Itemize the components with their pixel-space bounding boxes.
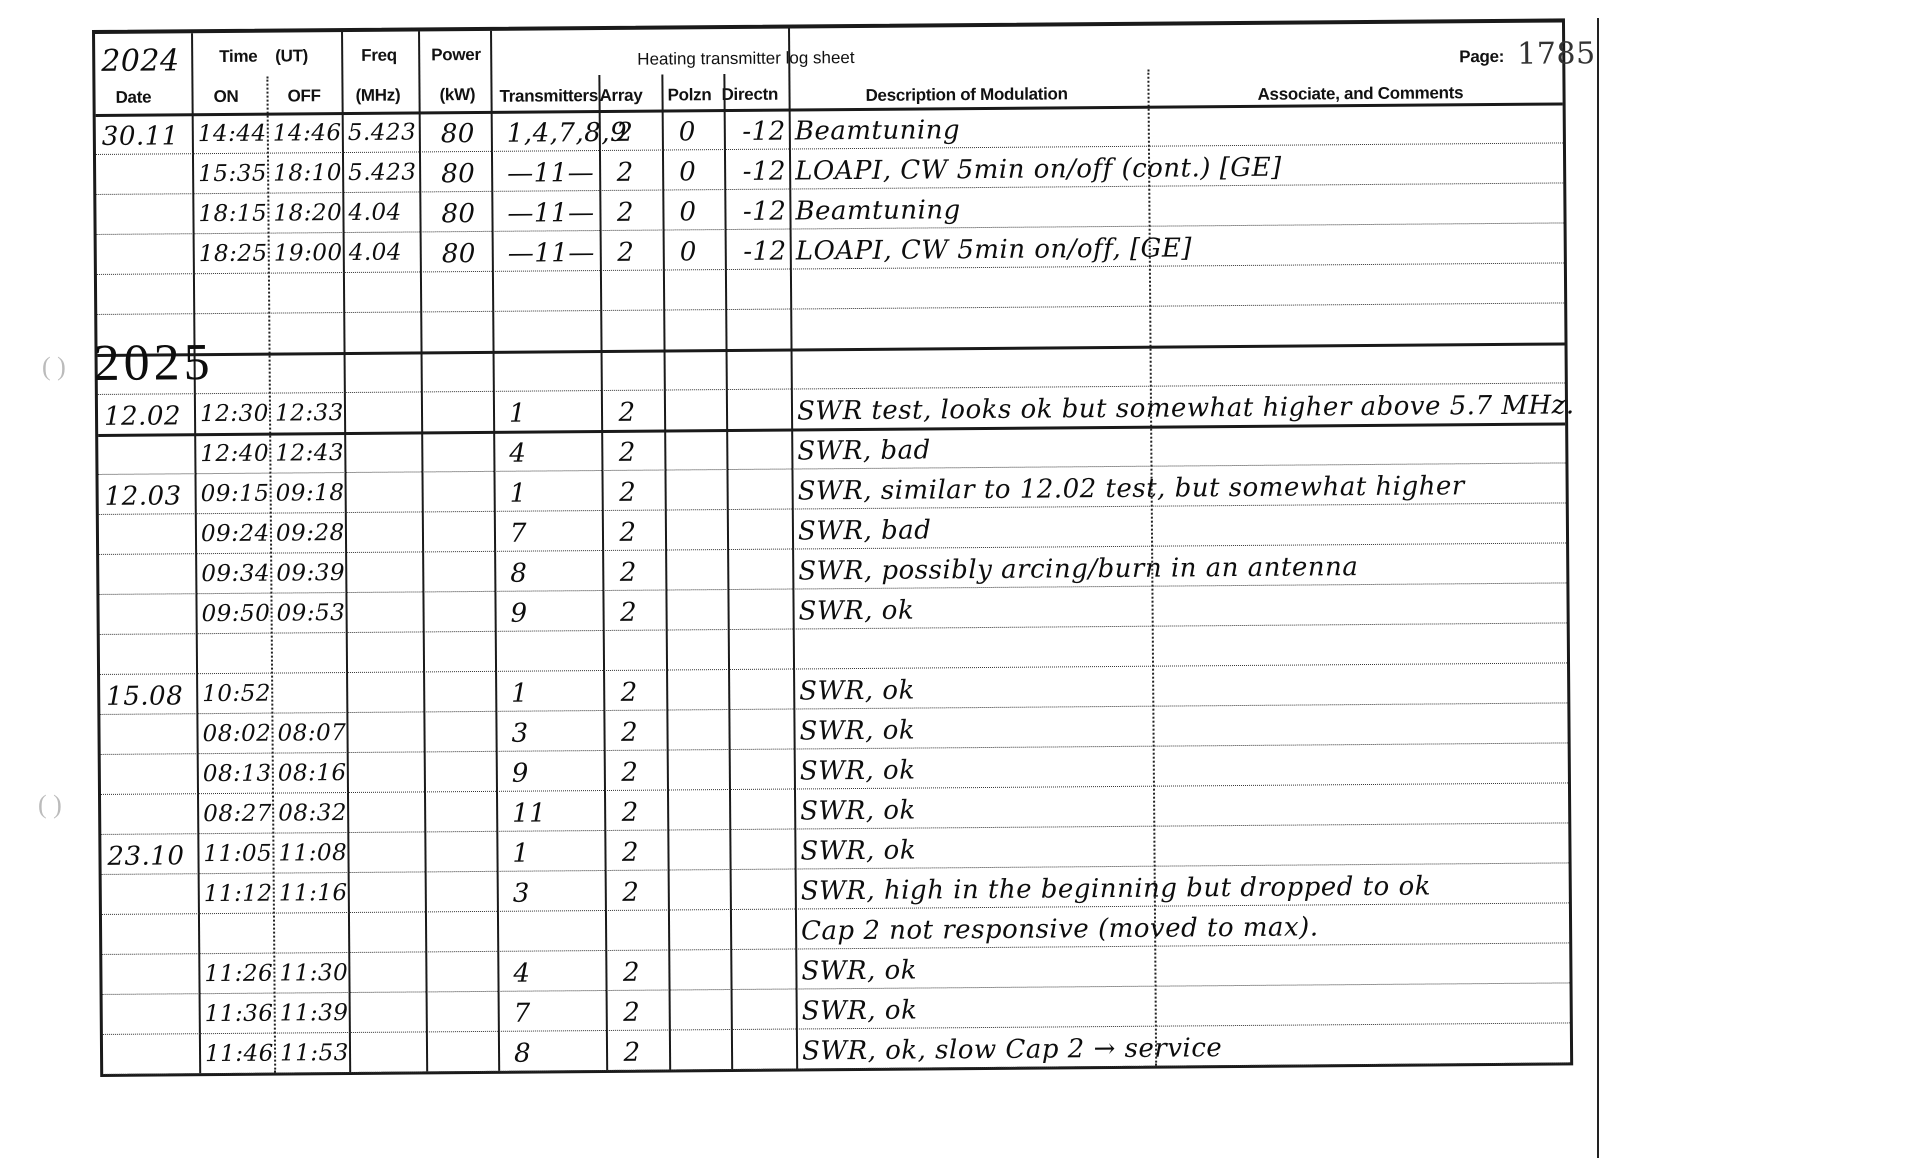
column-divider xyxy=(598,75,608,1070)
cell-array: 2 xyxy=(619,518,636,548)
log-table: 2024 Date Time (UT) ON OFF Freq (MHz) Po… xyxy=(92,18,1573,1077)
page-label: Page: xyxy=(1459,47,1504,67)
cell-power: 80 xyxy=(441,159,475,189)
cell-off: 08:32 xyxy=(278,800,347,827)
cell-description: SWR, ok xyxy=(801,956,917,987)
cell-off: 12:33 xyxy=(275,400,344,427)
table-body: 30.1114:4414:465.423801,4,7,8,920-12Beam… xyxy=(95,22,1562,34)
cell-on: 11:36 xyxy=(205,1001,274,1028)
cell-transmitters: 1 xyxy=(512,839,529,869)
cell-off: 18:10 xyxy=(273,160,342,187)
cell-on: 09:50 xyxy=(201,601,270,628)
table-row: 30.1114:4414:465.423801,4,7,8,920-12Beam… xyxy=(95,22,1562,34)
col-directn: Directn xyxy=(721,85,778,105)
cell-transmitters: 1 xyxy=(509,399,526,429)
cell-directn: -12 xyxy=(743,237,787,267)
col-transmitters: Transmitters xyxy=(499,86,598,107)
cell-off: 11:53 xyxy=(280,1040,349,1067)
cell-description: SWR, bad xyxy=(797,435,931,466)
cell-array: 2 xyxy=(621,758,638,788)
cell-on: 10:52 xyxy=(202,681,271,708)
cell-transmitters: 9 xyxy=(512,759,529,789)
table-row: 08:2708:32112SWR, ok xyxy=(95,22,1562,34)
cell-array: 2 xyxy=(619,478,636,508)
table-grid xyxy=(95,22,1562,34)
cell-on: 14:44 xyxy=(198,121,267,148)
cell-on: 08:27 xyxy=(203,801,272,828)
cell-polzn: 0 xyxy=(679,197,696,227)
table-row: 12.0212:3012:3312SWR test, looks ok but … xyxy=(95,22,1562,34)
cell-off: 11:39 xyxy=(280,1000,349,1027)
cell-date: 30.11 xyxy=(102,121,179,152)
cell-transmitters: 7 xyxy=(514,999,531,1029)
cell-array: 2 xyxy=(621,678,638,708)
cell-description: SWR, ok xyxy=(798,596,914,627)
cell-freq: 4.04 xyxy=(349,240,402,266)
table-row: 11:1211:1632SWR, high in the beginning b… xyxy=(95,22,1562,34)
cell-off: 09:53 xyxy=(276,600,345,627)
col-power: Power xyxy=(431,45,481,65)
cell-transmitters: —11— xyxy=(507,198,594,229)
cell-off: 08:07 xyxy=(277,720,346,747)
cell-description: Cap 2 not responsive (moved to max). xyxy=(801,912,1319,946)
cell-off: 11:30 xyxy=(279,960,348,987)
cell-off: 11:16 xyxy=(279,880,348,907)
cell-array: 2 xyxy=(622,838,639,868)
cell-off: 09:28 xyxy=(276,520,345,547)
cell-on: 18:15 xyxy=(198,201,267,228)
cell-on: 08:02 xyxy=(202,721,271,748)
table-header: 2024 Date Time (UT) ON OFF Freq (MHz) Po… xyxy=(95,22,1562,34)
cell-date: 23.10 xyxy=(107,841,184,872)
table-row: 23.1011:0511:0812SWR, ok xyxy=(95,22,1562,34)
table-row: 12.0309:1509:1812SWR, similar to 12.02 t… xyxy=(95,22,1562,34)
col-time-off: OFF xyxy=(287,86,320,106)
cell-date: 12.02 xyxy=(104,401,181,432)
cell-array: 2 xyxy=(616,118,633,148)
cell-array: 2 xyxy=(622,798,639,828)
cell-array: 2 xyxy=(617,198,634,228)
table-row: 18:1518:204.0480—11—20-12Beamtuning xyxy=(95,22,1562,34)
cell-description: SWR, possibly arcing/burn in an antenna xyxy=(798,552,1358,586)
cell-on: 08:13 xyxy=(203,761,272,788)
cell-array: 2 xyxy=(623,1038,640,1068)
table-row xyxy=(95,22,1562,34)
table-row: Cap 2 not responsive (moved to max). xyxy=(95,22,1562,34)
table-row: 12:4012:4342SWR, bad xyxy=(95,22,1562,34)
cell-off: 09:39 xyxy=(276,560,345,587)
cell-description: SWR, ok xyxy=(802,996,918,1027)
cell-on: 09:34 xyxy=(201,561,270,588)
cell-description: SWR, high in the beginning but dropped t… xyxy=(801,872,1431,907)
table-row xyxy=(95,22,1562,34)
col-power-unit: (kW) xyxy=(439,85,475,105)
cell-directn: -12 xyxy=(743,197,787,227)
cell-transmitters: 4 xyxy=(513,959,530,989)
cell-transmitters: 9 xyxy=(510,599,527,629)
cell-array: 2 xyxy=(620,598,637,628)
table-row: 09:5009:5392SWR, ok xyxy=(95,22,1562,34)
cell-freq: 5.423 xyxy=(348,119,417,146)
cell-on: 09:15 xyxy=(201,481,270,508)
col-time: Time xyxy=(219,47,257,67)
table-row: 18:2519:004.0480—11—20-12LOAPI, CW 5min … xyxy=(95,22,1562,34)
cell-polzn: 0 xyxy=(680,237,697,267)
cell-off: 11:08 xyxy=(278,840,347,867)
year-header: 2024 xyxy=(101,43,180,79)
cell-freq: 5.423 xyxy=(348,159,417,186)
row-rule xyxy=(100,662,1567,675)
cell-description: LOAPI, CW 5min on/off, [GE] xyxy=(796,233,1192,266)
cell-description: SWR, ok xyxy=(799,676,915,707)
col-time-unit: (UT) xyxy=(275,46,308,66)
year-separator: 2025 xyxy=(93,333,213,393)
table-row: 11:2611:3042SWR, ok xyxy=(95,22,1562,34)
table-row: 11:3611:3972SWR, ok xyxy=(95,22,1562,34)
section-rule xyxy=(98,342,1565,357)
cell-freq: 4.04 xyxy=(348,200,401,226)
cell-off: 18:20 xyxy=(273,200,342,227)
cell-description: SWR, bad xyxy=(798,515,932,546)
cell-transmitters: 8 xyxy=(514,1039,531,1069)
sheet-title: Heating transmitter log sheet xyxy=(637,48,854,70)
column-divider xyxy=(661,75,671,1070)
cell-date: 15.08 xyxy=(106,681,183,712)
cell-description: SWR, ok xyxy=(800,756,916,787)
binder-hole-mark: ( ) xyxy=(38,790,62,820)
cell-on: 12:30 xyxy=(200,401,269,428)
row-rule xyxy=(97,302,1564,315)
cell-description: Beamtuning xyxy=(795,115,961,146)
cell-off: 09:18 xyxy=(276,480,345,507)
col-date: Date xyxy=(115,88,151,108)
table-row: 08:1308:1692SWR, ok xyxy=(95,22,1562,34)
page-number: 1785 xyxy=(1517,36,1596,72)
cell-array: 2 xyxy=(618,398,635,428)
cell-array: 2 xyxy=(622,878,639,908)
cell-polzn: 0 xyxy=(679,157,696,187)
cell-on: 09:24 xyxy=(201,521,270,548)
cell-array: 2 xyxy=(623,958,640,988)
col-array: Array xyxy=(599,86,642,106)
cell-on: 18:25 xyxy=(199,241,268,268)
col-time-on: ON xyxy=(213,87,238,107)
cell-directn: -12 xyxy=(742,117,786,147)
cell-off: 14:46 xyxy=(273,120,342,147)
cell-transmitters: 11 xyxy=(512,798,546,828)
col-comments: Associate, and Comments xyxy=(1257,83,1463,105)
cell-on: 12:40 xyxy=(200,441,269,468)
cell-off: 19:00 xyxy=(274,240,343,267)
cell-array: 2 xyxy=(617,238,634,268)
cell-transmitters: 3 xyxy=(511,719,528,749)
table-row: 08:0208:0732SWR, ok xyxy=(95,22,1562,34)
cell-array: 2 xyxy=(621,718,638,748)
table-row: 15:3518:105.42380—11—20-12LOAPI, CW 5min… xyxy=(95,22,1562,34)
cell-description: SWR, ok xyxy=(800,796,916,827)
col-freq-unit: (MHz) xyxy=(355,86,400,106)
col-freq: Freq xyxy=(361,46,397,66)
table-row: 09:2409:2872SWR, bad xyxy=(95,22,1562,34)
cell-on: 11:26 xyxy=(204,961,273,988)
cell-description: SWR, similar to 12.02 test, but somewhat… xyxy=(798,471,1465,506)
cell-description: Beamtuning xyxy=(795,195,961,226)
cell-transmitters: 1 xyxy=(510,479,527,509)
cell-transmitters: —11— xyxy=(508,238,595,269)
cell-array: 2 xyxy=(617,158,634,188)
cell-power: 80 xyxy=(442,239,476,269)
cell-power: 80 xyxy=(441,199,475,229)
cell-off: 08:16 xyxy=(278,760,347,787)
cell-on: 11:46 xyxy=(205,1041,274,1068)
cell-on: 11:12 xyxy=(204,881,273,908)
cell-transmitters: 1,4,7,8,9 xyxy=(507,118,628,149)
cell-description: SWR test, looks ok but somewhat higher a… xyxy=(797,390,1575,426)
cell-transmitters: —11— xyxy=(507,158,594,189)
log-sheet-scan: ( ) ( ) 2024 Date Time (UT) ON OFF Freq … xyxy=(0,0,1920,1166)
cell-description: SWR, ok xyxy=(800,836,916,867)
table-row: 15.0810:5212SWR, ok xyxy=(95,22,1562,34)
cell-off: 12:43 xyxy=(275,440,344,467)
table-row xyxy=(95,22,1562,34)
binder-hole-mark: ( ) xyxy=(42,352,66,382)
cell-directn: -12 xyxy=(743,157,787,187)
cell-description: LOAPI, CW 5min on/off (cont.) [GE] xyxy=(795,153,1282,187)
table-row xyxy=(95,22,1562,34)
cell-transmitters: 3 xyxy=(513,879,530,909)
cell-polzn: 0 xyxy=(679,117,696,147)
cell-transmitters: 7 xyxy=(510,519,527,549)
cell-transmitters: 1 xyxy=(511,679,528,709)
table-row: 09:3409:3982SWR, possibly arcing/burn in… xyxy=(95,22,1562,34)
cell-array: 2 xyxy=(620,558,637,588)
cell-transmitters: 4 xyxy=(509,439,526,469)
cell-description: SWR, ok xyxy=(799,716,915,747)
col-description: Description of Modulation xyxy=(865,84,1067,106)
page-edge-line xyxy=(1597,18,1599,1158)
column-divider xyxy=(723,74,733,1069)
cell-on: 11:05 xyxy=(203,841,272,868)
table-row: 11:4611:5382SWR, ok, slow Cap 2 → servic… xyxy=(95,22,1562,34)
col-polzn: Polzn xyxy=(667,85,711,105)
cell-array: 2 xyxy=(623,998,640,1028)
cell-on: 15:35 xyxy=(198,161,267,188)
cell-array: 2 xyxy=(619,438,636,468)
cell-description: SWR, ok, slow Cap 2 → service xyxy=(802,1033,1222,1066)
cell-date: 12.03 xyxy=(105,481,182,512)
cell-power: 80 xyxy=(441,119,475,149)
cell-transmitters: 8 xyxy=(510,559,527,589)
